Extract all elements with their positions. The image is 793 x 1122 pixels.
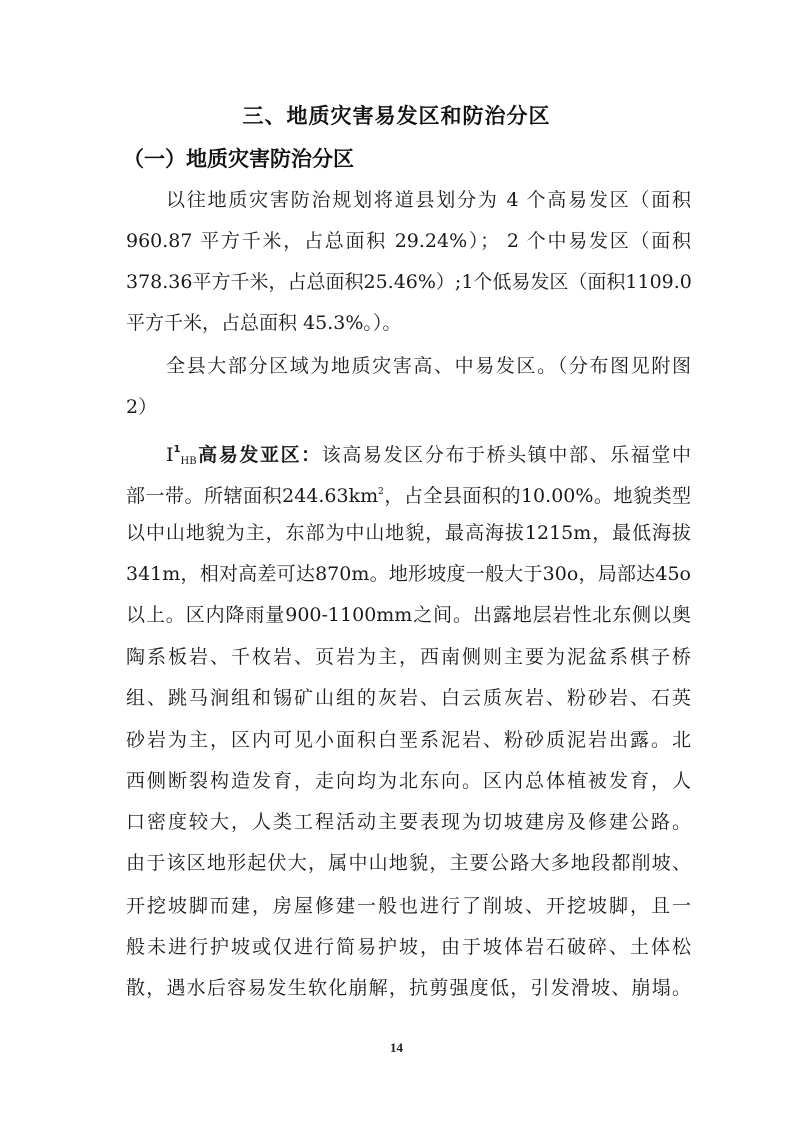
paragraph-3-line-11: 由于该区地形起伏大，属中山地貌，主要公路大多地段都削坡、 [126,849,691,877]
paragraph-1-line-4: 平方千米，占总面积 45.3%。）。 [126,309,691,337]
paragraph-2-line-2: 2） [126,393,691,421]
paragraph-3-line-2: 部一带。所辖面积244.63km2，占全县面积的10.00%。地貌类型 [126,478,691,510]
paragraph-3-line-13: 般未进行护坡或仅进行简易护坡，由于坡体岩石破碎、土体松 [126,933,691,961]
paragraph-1-line-2: 960.87 平方千米，占总面积 29.24%）； 2 个中易发区（面积 [126,227,691,255]
paragraph-3-line-3: 以中山地貌为主，东部为中山地貌，最高海拔1215m，最低海拔 [126,519,691,547]
paragraph-2-line-1: 全县大部分区域为地质灾害高、中易发区。（分布图见附图 [166,352,691,380]
paragraph-3-line-14: 散，遇水后容易发生软化崩解，抗剪强度低，引发滑坡、崩塌。 [126,974,691,1002]
zone-subscript: HB [180,456,196,467]
zone-superscript: 1 [174,444,181,455]
zone-roman: I [166,444,174,466]
paragraph-3-line-7: 组、跳马涧组和锡矿山组的灰岩、白云质灰岩、粉砂岩、石英 [126,684,691,712]
paragraph-1-line-1: 以往地质灾害防治规划将道县划分为 4 个高易发区（面积 [166,186,691,214]
chapter-title: 三、地质灾害易发区和防治分区 [0,100,793,132]
paragraph-3-line-8: 砂岩为主，区内可见小面积白垩系泥岩、粉砂质泥岩出露。北 [126,726,691,754]
zone-name: 高易发亚区： [197,444,322,466]
paragraph-3-line-1: I1HB高易发亚区：该高易发区分布于桥头镇中部、乐福堂中 [166,436,691,476]
area-text: 部一带。所辖面积244.63km [126,485,378,507]
paragraph-3-line-5: 以上。区内降雨量900-1100mm之间。出露地层岩性北东侧以奥 [126,601,691,629]
paragraph-1-line-3: 378.36平方千米，占总面积25.46%）;1个低易发区（面积1109.0 [126,268,691,296]
document-page: 三、地质灾害易发区和防治分区 （一）地质灾害防治分区 以往地质灾害防治规划将道县… [0,0,793,1122]
page-number: 14 [0,1040,793,1056]
paragraph-3-line-6: 陶系板岩、千枚岩、页岩为主，西南侧则主要为泥盆系棋子桥 [126,643,691,671]
section-heading: （一）地质灾害防治分区 [123,143,354,175]
paragraph-3-line-9: 西侧断裂构造发育，走向均为北东向。区内总体植被发育，人 [126,767,691,795]
paragraph-3-line-4: 341m，相对高差可达870m。地形坡度一般大于30o，局部达45o [126,560,691,588]
paragraph-3-line-10: 口密度较大，人类工程活动主要表现为切坡建房及修建公路。 [126,808,691,836]
paragraph-3-line-12: 开挖坡脚而建，房屋修建一般也进行了削坡、开挖坡脚，且一 [126,892,691,920]
paragraph-3-line-1-text: 该高易发区分布于桥头镇中部、乐福堂中 [322,444,691,466]
zone-label: I1HB高易发亚区： [166,444,322,466]
area-text-rest: ，占全县面积的10.00%。地貌类型 [384,485,691,507]
